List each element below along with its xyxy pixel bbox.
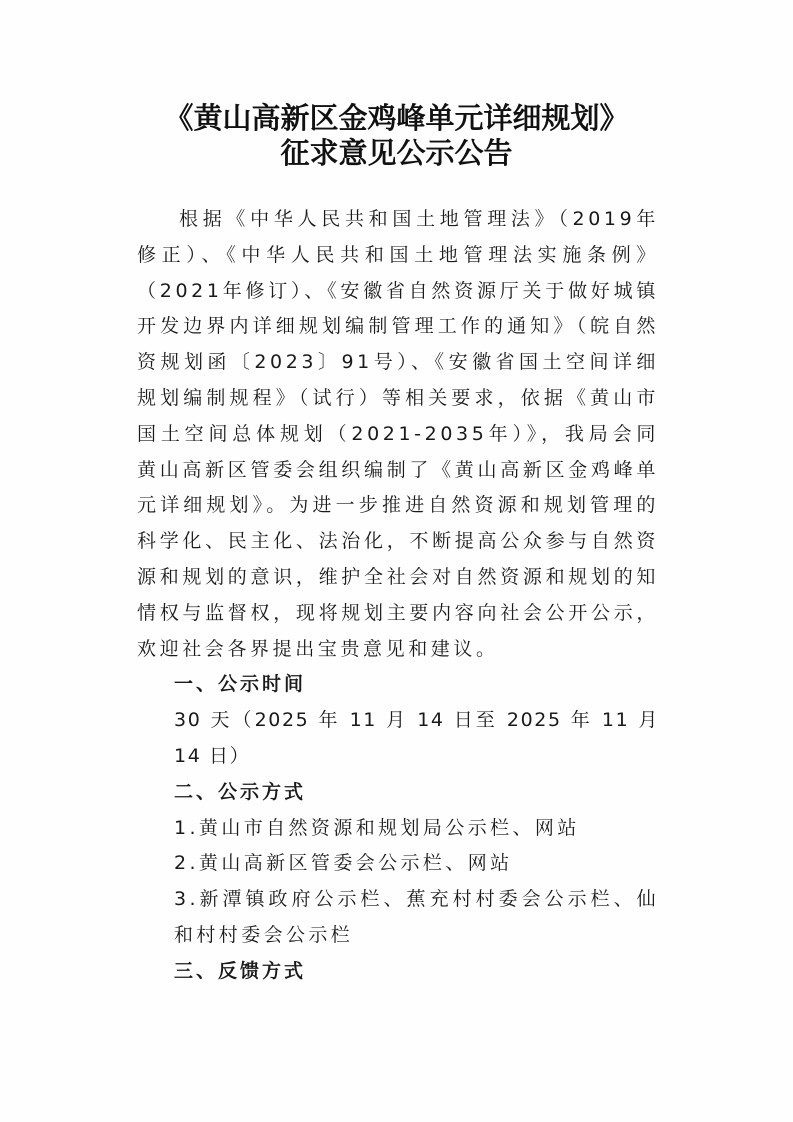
section-heading-publicity-time: 一、公示时间 xyxy=(137,667,659,703)
section-heading-feedback-method: 三、反馈方式 xyxy=(137,954,659,990)
publicity-method-item-3: 3.新潭镇政府公示栏、蕉充村村委会公示栏、仙和村村委会公示栏 xyxy=(137,882,659,954)
publicity-method-item-1: 1.黄山市自然资源和规划局公示栏、网站 xyxy=(137,811,659,847)
document-body: 根据《中华人民共和国土地管理法》（2019年修正）、《中华人民共和国土地管理法实… xyxy=(137,202,659,990)
publicity-time-text: 30 天（2025 年 11 月 14 日至 2025 年 11 月 14 日） xyxy=(137,703,659,775)
document-title-line-2: 征求意见公示公告 xyxy=(0,136,793,170)
document-title-line-1: 《黄山高新区金鸡峰单元详细规划》 xyxy=(0,101,793,135)
document-page: 《黄山高新区金鸡峰单元详细规划》 征求意见公示公告 根据《中华人民共和国土地管理… xyxy=(0,0,793,1122)
intro-paragraph: 根据《中华人民共和国土地管理法》（2019年修正）、《中华人民共和国土地管理法实… xyxy=(137,202,659,667)
publicity-method-item-2: 2.黄山高新区管委会公示栏、网站 xyxy=(137,846,659,882)
section-heading-publicity-method: 二、公示方式 xyxy=(137,775,659,811)
